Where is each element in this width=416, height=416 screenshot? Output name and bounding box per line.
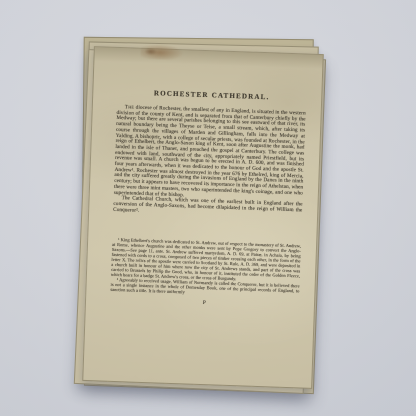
- page-text-column: ROCHESTER CATHEDRAL. The diocese of Roch…: [110, 48, 308, 310]
- document-page: ROCHESTER CATHEDRAL. The diocese of Roch…: [82, 46, 324, 389]
- paragraph-2: The Cathedral Church, which was one of t…: [113, 196, 302, 220]
- page-title: ROCHESTER CATHEDRAL.: [117, 88, 306, 103]
- footnote-1: ¹ King Ethelbert's church was dedicated …: [111, 237, 301, 284]
- photo-background: ROCHESTER CATHEDRAL. The diocese of Roch…: [0, 0, 416, 416]
- signature-mark: P: [110, 297, 299, 310]
- paragraph-1: The diocese of Rochester, the smallest o…: [114, 105, 306, 203]
- footnotes: ¹ King Ethelbert's church was dedicated …: [110, 237, 301, 299]
- body-text: The diocese of Rochester, the smallest o…: [113, 105, 306, 220]
- paragraph-1-text: diocese of Rochester, the smallest of an…: [114, 105, 306, 198]
